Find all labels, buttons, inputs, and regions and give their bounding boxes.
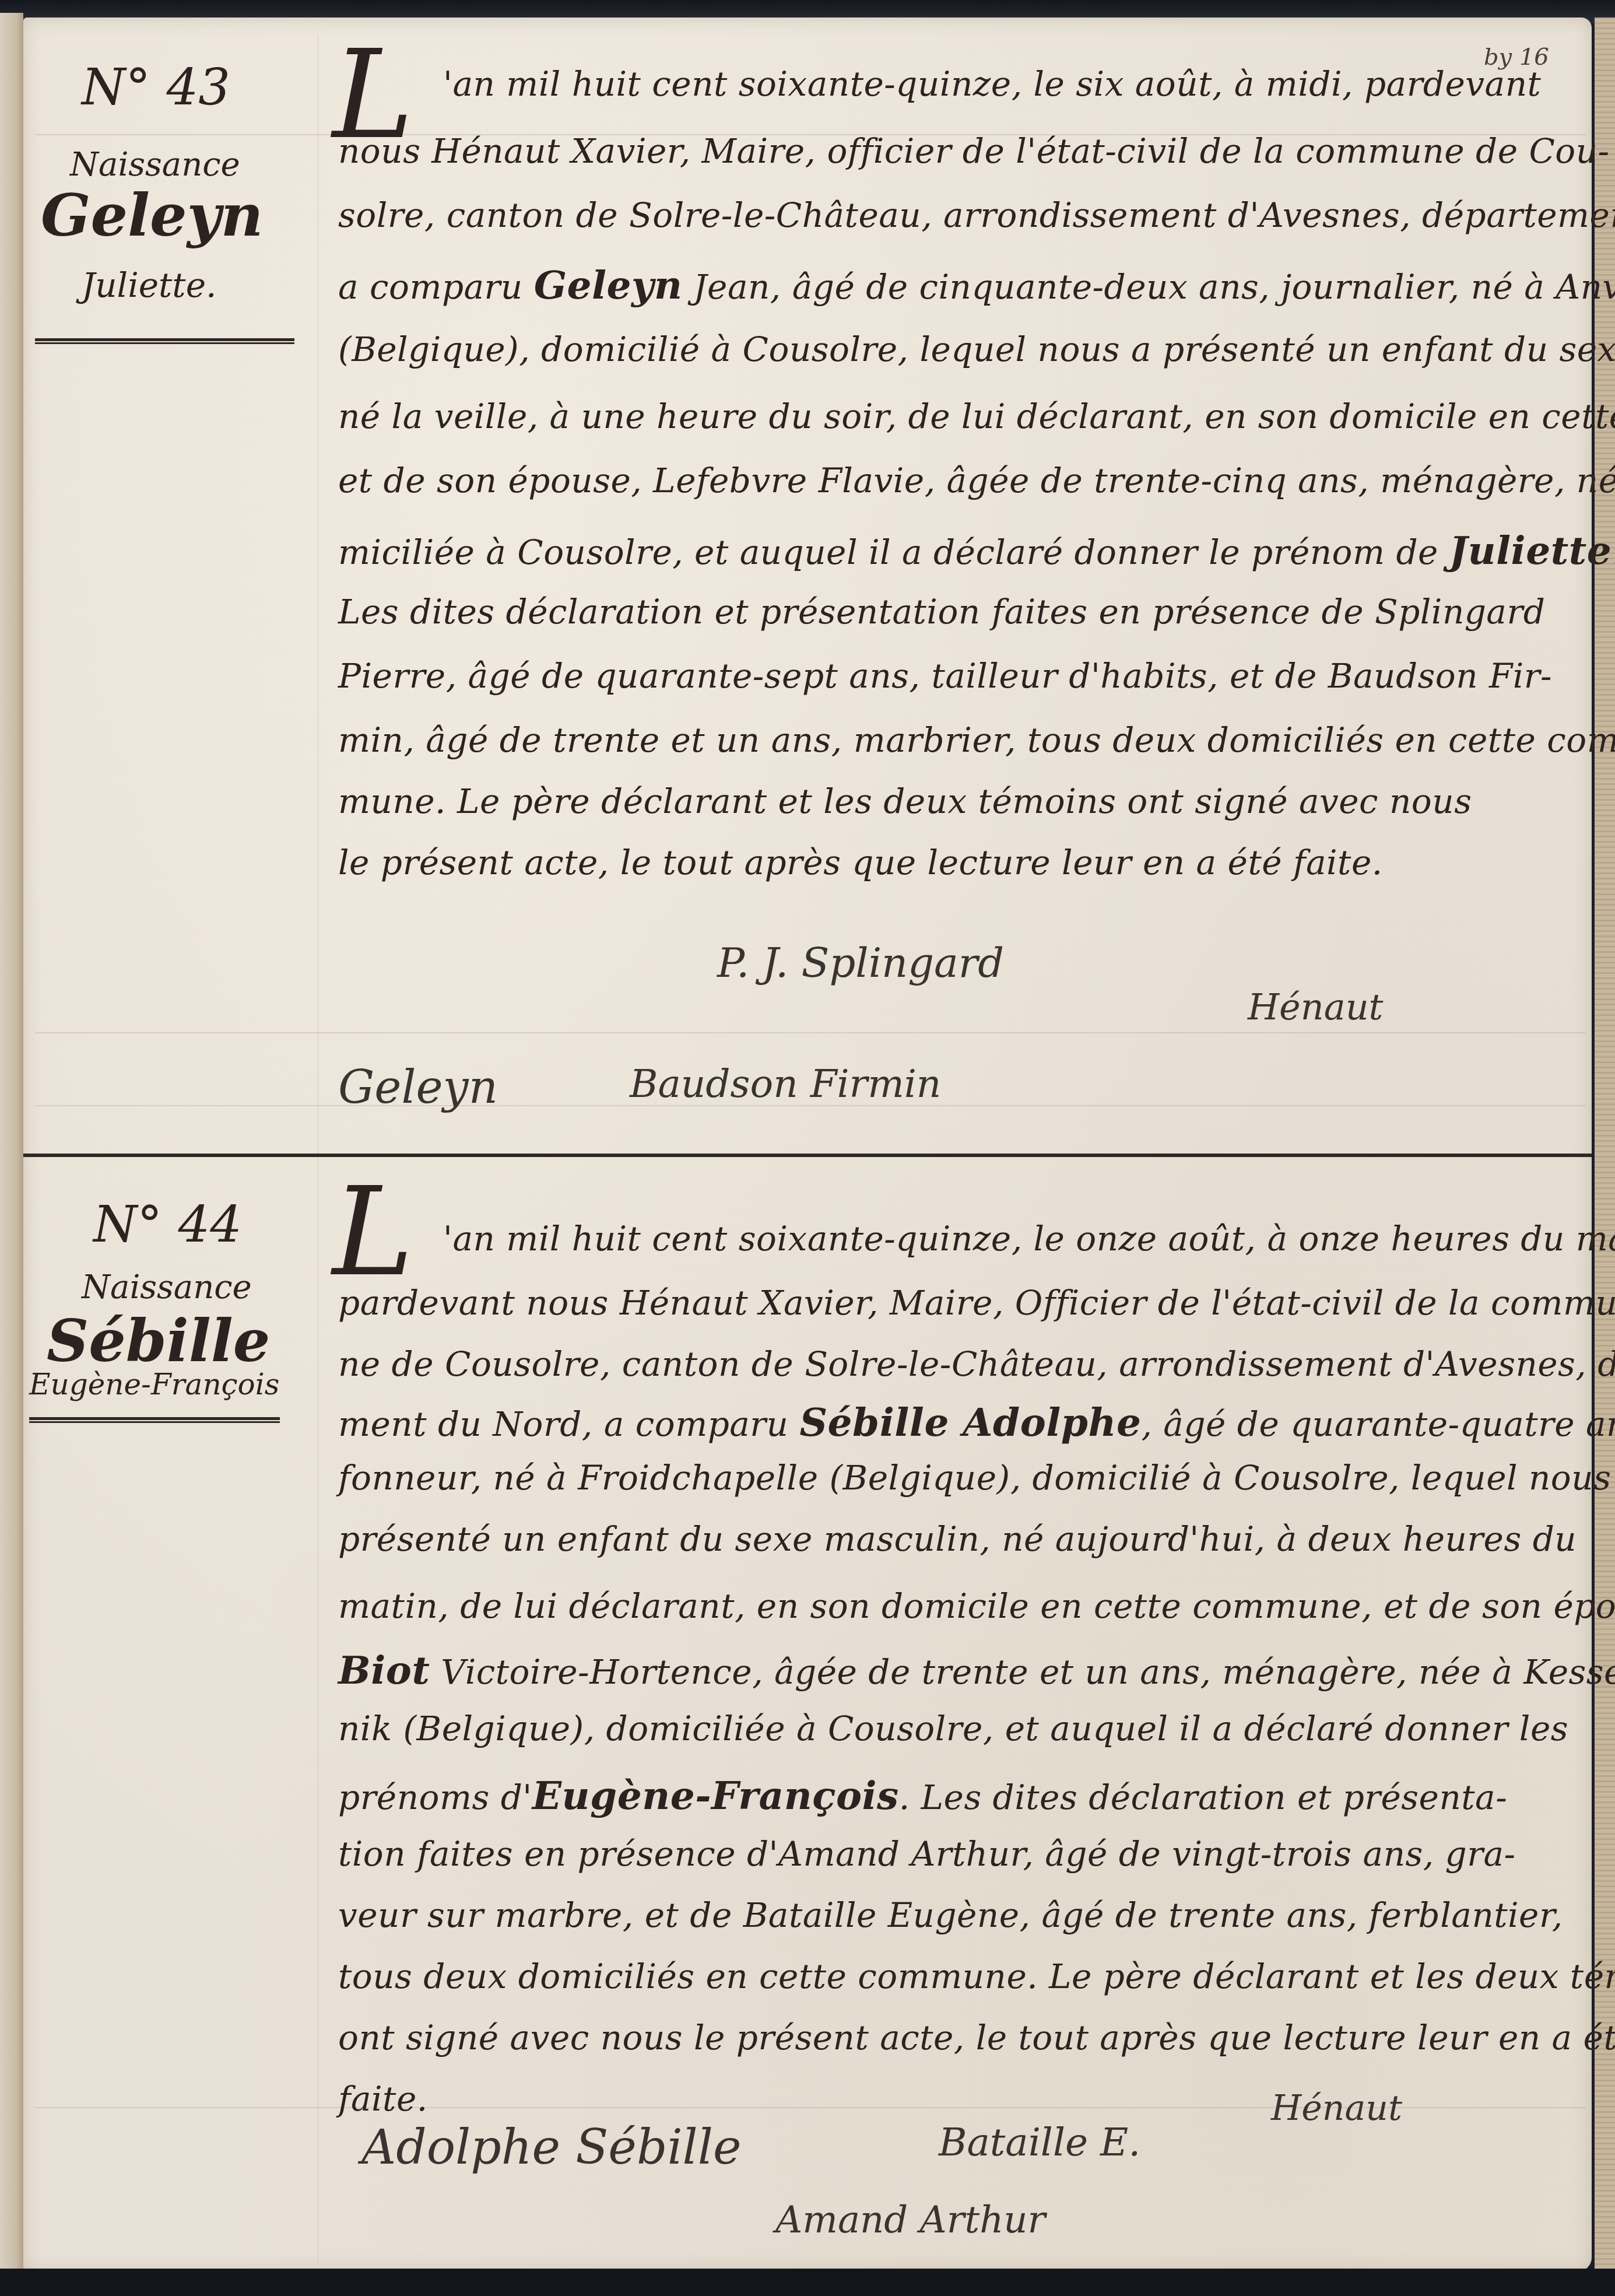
act-text-line: le présent acte, le tout après que lectu…: [338, 843, 1580, 882]
signature-mayor: Hénaut: [1248, 986, 1384, 1028]
ruled-line: [35, 1032, 1586, 1033]
margin-rule: [318, 35, 318, 2263]
act-text-line: mune. Le père déclarant et les deux témo…: [338, 781, 1580, 821]
act-text-line: Les dites déclaration et présentation fa…: [338, 592, 1580, 632]
act-text-line: Biot Victoire-Hortence, âgée de trente e…: [338, 1647, 1580, 1693]
act-text-line: tion faites en présence d'Amand Arthur, …: [338, 1834, 1580, 1874]
child-surname: Sébille: [47, 1306, 270, 1375]
previous-page-edge: [0, 13, 23, 2287]
act-separator: [23, 1154, 1592, 1157]
act-text-line: a comparu Geleyn Jean, âgé de cinquante-…: [338, 262, 1580, 308]
emphasized-name: Biot: [338, 1647, 430, 1693]
margin-underline: [35, 338, 294, 344]
act-type: Naissance: [70, 146, 240, 184]
act-text-line: ment du Nord, a comparu Sébille Adolphe,…: [338, 1400, 1580, 1445]
act-text-line: solre, canton de Solre-le-Château, arron…: [338, 195, 1580, 235]
act-text-line: 'an mil huit cent soixante-quinze, le on…: [443, 1219, 1615, 1259]
emphasized-name: Sébille Adolphe: [799, 1400, 1141, 1445]
act-text-line: matin, de lui déclarant, en son domicile…: [338, 1586, 1580, 1626]
act-number: N° 44: [93, 1196, 242, 1254]
act-text-line: 'an mil huit cent soixante-quinze, le si…: [443, 64, 1615, 104]
signature-witness: P. J. Splingard: [717, 939, 1004, 987]
act-type: Naissance: [82, 1268, 252, 1306]
child-surname: Geleyn: [41, 181, 263, 250]
act-number: N° 43: [82, 58, 230, 117]
act-text-line: prénoms d'Eugène-François. Les dites déc…: [338, 1773, 1580, 1818]
child-given-name: Eugène-François: [29, 1368, 279, 1401]
child-given-name: Juliette.: [82, 265, 216, 305]
act-text-line: miciliée à Cousolre, et auquel il a décl…: [338, 528, 1580, 573]
act-text-line: ne de Cousolre, canton de Solre-le-Châte…: [338, 1344, 1580, 1384]
act-text-line: pardevant nous Hénaut Xavier, Maire, Off…: [338, 1283, 1580, 1323]
signature-witness: Bataille E.: [939, 2120, 1140, 2165]
act-text-line: fonneur, né à Froidchapelle (Belgique), …: [338, 1458, 1580, 1498]
act-text-line: ont signé avec nous le présent acte, le …: [338, 2018, 1580, 2057]
signature-father: Adolphe Sébille: [361, 2120, 742, 2175]
emphasized-name: Juliette: [1449, 528, 1612, 573]
act-text-line: né la veille, à une heure du soir, de lu…: [338, 397, 1580, 436]
act-text-line: (Belgique), domicilié à Cousolre, lequel…: [338, 329, 1580, 369]
act-text-line: Pierre, âgé de quarante-sept ans, taille…: [338, 656, 1580, 696]
act-text-line: veur sur marbre, et de Bataille Eugène, …: [338, 1895, 1580, 1935]
emphasized-name: Eugène-François: [532, 1773, 899, 1818]
signature-witness: Amand Arthur: [775, 2199, 1045, 2242]
act-text-line: min, âgé de trente et un ans, marbrier, …: [338, 720, 1580, 760]
emphasized-name: Geleyn: [534, 262, 683, 308]
act-text-line: tous deux domiciliés en cette commune. L…: [338, 1957, 1580, 1996]
act-text-line: présenté un enfant du sexe masculin, né …: [338, 1519, 1580, 1559]
book-binding-bottom: [0, 2269, 1615, 2296]
signature-father: Geleyn: [338, 1061, 498, 1114]
act-text-line: et de son épouse, Lefebvre Flavie, âgée …: [338, 461, 1580, 500]
act-text-line: nik (Belgique), domiciliée à Cousolre, e…: [338, 1709, 1580, 1748]
drop-cap-letter: L: [332, 1161, 413, 1303]
margin-underline: [29, 1417, 280, 1423]
act-text-line: nous Hénaut Xavier, Maire, officier de l…: [338, 131, 1580, 171]
signature-mayor: Hénaut: [1271, 2088, 1402, 2129]
signature-witness: Baudson Firmin: [630, 1061, 941, 1106]
